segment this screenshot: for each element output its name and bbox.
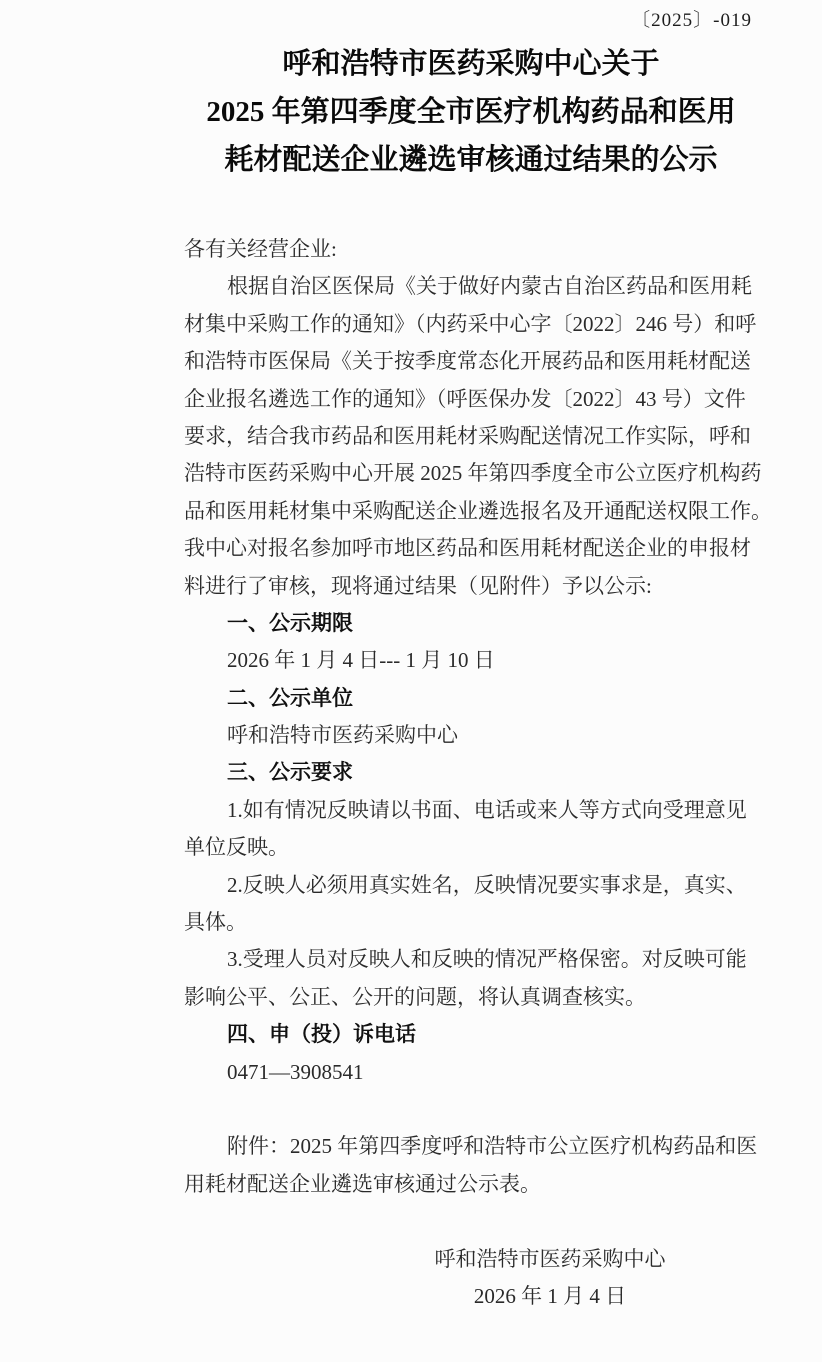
salutation: 各有关经营企业: [184, 231, 758, 268]
body-line: 我中心对报名参加呼市地区药品和医用耗材配送企业的申报材 [184, 530, 758, 567]
signature-org: 呼和浩特市医药采购中心 [184, 1241, 758, 1278]
body-line: 浩特市医药采购中心开展 2025 年第四季度全市公立医疗机构药 [184, 455, 758, 492]
section-3-heading: 三、公示要求 [184, 754, 758, 791]
body-line: 企业报名遴选工作的通知》（呼医保办发〔2022〕43 号）文件 [184, 381, 758, 418]
body-line: 要求，结合我市药品和医用耗材采购配送情况工作实际，呼和 [184, 418, 758, 455]
body-line: 3.受理人员对反映人和反映的情况严格保密。对反映可能 [184, 941, 758, 978]
body-line: 影响公平、公正、公开的问题，将认真调查核实。 [184, 979, 758, 1016]
title-line-1: 呼和浩特市医药采购中心关于 [184, 40, 758, 88]
document-body: 各有关经营企业:根据自治区医保局《关于做好内蒙古自治区药品和医用耗材集中采购工作… [184, 231, 758, 1315]
document-number: 〔2025〕-019 [631, 10, 752, 32]
blank-line [184, 1091, 758, 1128]
attachment-note: 用耗材配送企业遴选审核通过公示表。 [184, 1166, 758, 1203]
publicity-unit: 呼和浩特市医药采购中心 [184, 717, 758, 754]
body-line: 根据自治区医保局《关于做好内蒙古自治区药品和医用耗 [184, 268, 758, 305]
section-1-heading: 一、公示期限 [184, 605, 758, 642]
title-line-3: 耗材配送企业遴选审核通过结果的公示 [184, 136, 758, 184]
document-page: 〔2025〕-019 呼和浩特市医药采购中心关于 2025 年第四季度全市医疗机… [0, 0, 822, 1362]
section-2-heading: 二、公示单位 [184, 680, 758, 717]
body-line: 单位反映。 [184, 829, 758, 866]
body-line: 料进行了审核，现将通过结果（见附件）予以公示: [184, 568, 758, 605]
blank-line [184, 1203, 758, 1240]
section-4-heading: 四、申（投）诉电话 [184, 1016, 758, 1053]
publicity-period: 2026 年 1 月 4 日--- 1 月 10 日 [184, 642, 758, 679]
body-line: 1.如有情况反映请以书面、电话或来人等方式向受理意见 [184, 792, 758, 829]
signature-date: 2026 年 1 月 4 日 [184, 1278, 758, 1315]
body-line: 2.反映人必须用真实姓名，反映情况要实事求是，真实、 [184, 867, 758, 904]
attachment-note: 附件：2025 年第四季度呼和浩特市公立医疗机构药品和医 [184, 1128, 758, 1165]
body-line: 品和医用耗材集中采购配送企业遴选报名及开通配送权限工作。 [184, 493, 758, 530]
body-line: 材集中采购工作的通知》（内药采中心字〔2022〕246 号）和呼 [184, 306, 758, 343]
title-line-2: 2025 年第四季度全市医疗机构药品和医用 [184, 88, 758, 136]
body-line: 和浩特市医保局《关于按季度常态化开展药品和医用耗材配送 [184, 343, 758, 380]
document-title: 呼和浩特市医药采购中心关于 2025 年第四季度全市医疗机构药品和医用 耗材配送… [184, 40, 758, 184]
complaint-phone: 0471—3908541 [184, 1054, 758, 1091]
body-line: 具体。 [184, 904, 758, 941]
